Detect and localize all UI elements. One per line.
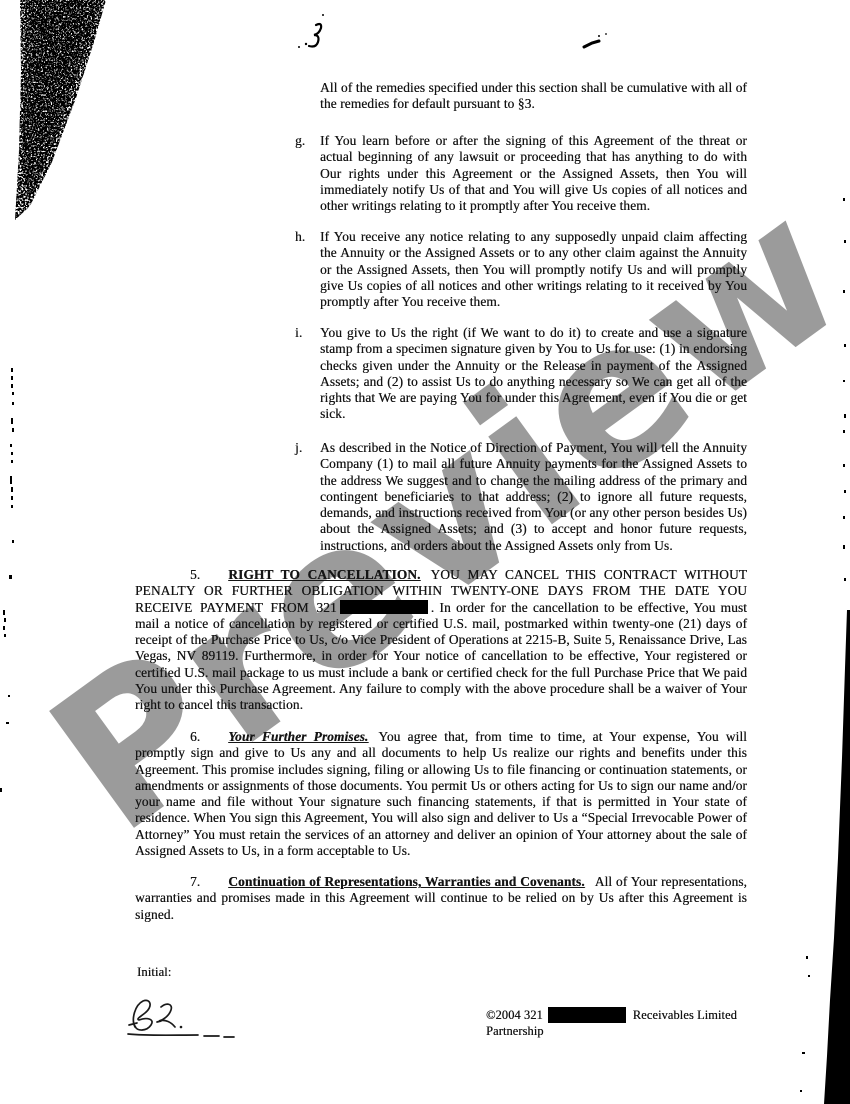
lettered-item-h: h.If You receive any notice relating to … [293, 229, 747, 310]
section-right-to-cancellation: 5.RIGHT TO CANCELLATION.YOU MAY CANCEL T… [135, 567, 747, 714]
scanner-blob-topleft [15, 0, 106, 220]
item-label: j. [295, 440, 302, 456]
initial-label: Initial: [137, 964, 171, 980]
lettered-item-g: g.If You learn before or after the signi… [293, 133, 747, 214]
lettered-item-i: i.You give to Us the right (if We want t… [293, 325, 747, 423]
section-heading: RIGHT TO CANCELLATION. [228, 567, 420, 582]
lettered-item-j: j.As described in the Notice of Directio… [293, 440, 747, 554]
footer-copyright: ©2004 321Receivables Limited Partnership [486, 1007, 786, 1040]
section-continuation-of-representations: 7.Continuation of Representations, Warra… [135, 874, 747, 923]
item-label: i. [295, 325, 302, 341]
section-body: You agree that, from time to time, at Yo… [135, 729, 747, 858]
section-number: 5. [190, 567, 200, 582]
scan-smudges-top [298, 14, 607, 48]
item-label: h. [295, 229, 305, 245]
section-heading: Continuation of Representations, Warrant… [228, 874, 584, 889]
footer-prefix: ©2004 321 [486, 1008, 543, 1022]
section-body: . In order for the cancellation to be ef… [135, 600, 747, 713]
scanner-wedge-right [824, 610, 850, 1104]
section-heading: Your Further Promises. [228, 729, 368, 744]
item-label: g. [295, 133, 305, 149]
intro-paragraph: All of the remedies specified under this… [320, 80, 747, 113]
scan-dots-left [0, 368, 14, 792]
item-text: If You receive any notice relating to an… [320, 229, 747, 309]
item-text: As described in the Notice of Direction … [320, 440, 747, 553]
redaction-box-footer [548, 1007, 626, 1023]
document-page: Preview All of the remedies specified un… [0, 0, 850, 1104]
item-text: If You learn before or after the signing… [320, 133, 747, 213]
signature-initials [126, 994, 266, 1040]
redaction-box [340, 600, 428, 614]
item-text: You give to Us the right (if We want to … [320, 325, 747, 421]
section-number: 7. [190, 874, 200, 889]
section-your-further-promises: 6.Your Further Promises.You agree that, … [135, 729, 747, 859]
section-number: 6. [190, 729, 200, 744]
